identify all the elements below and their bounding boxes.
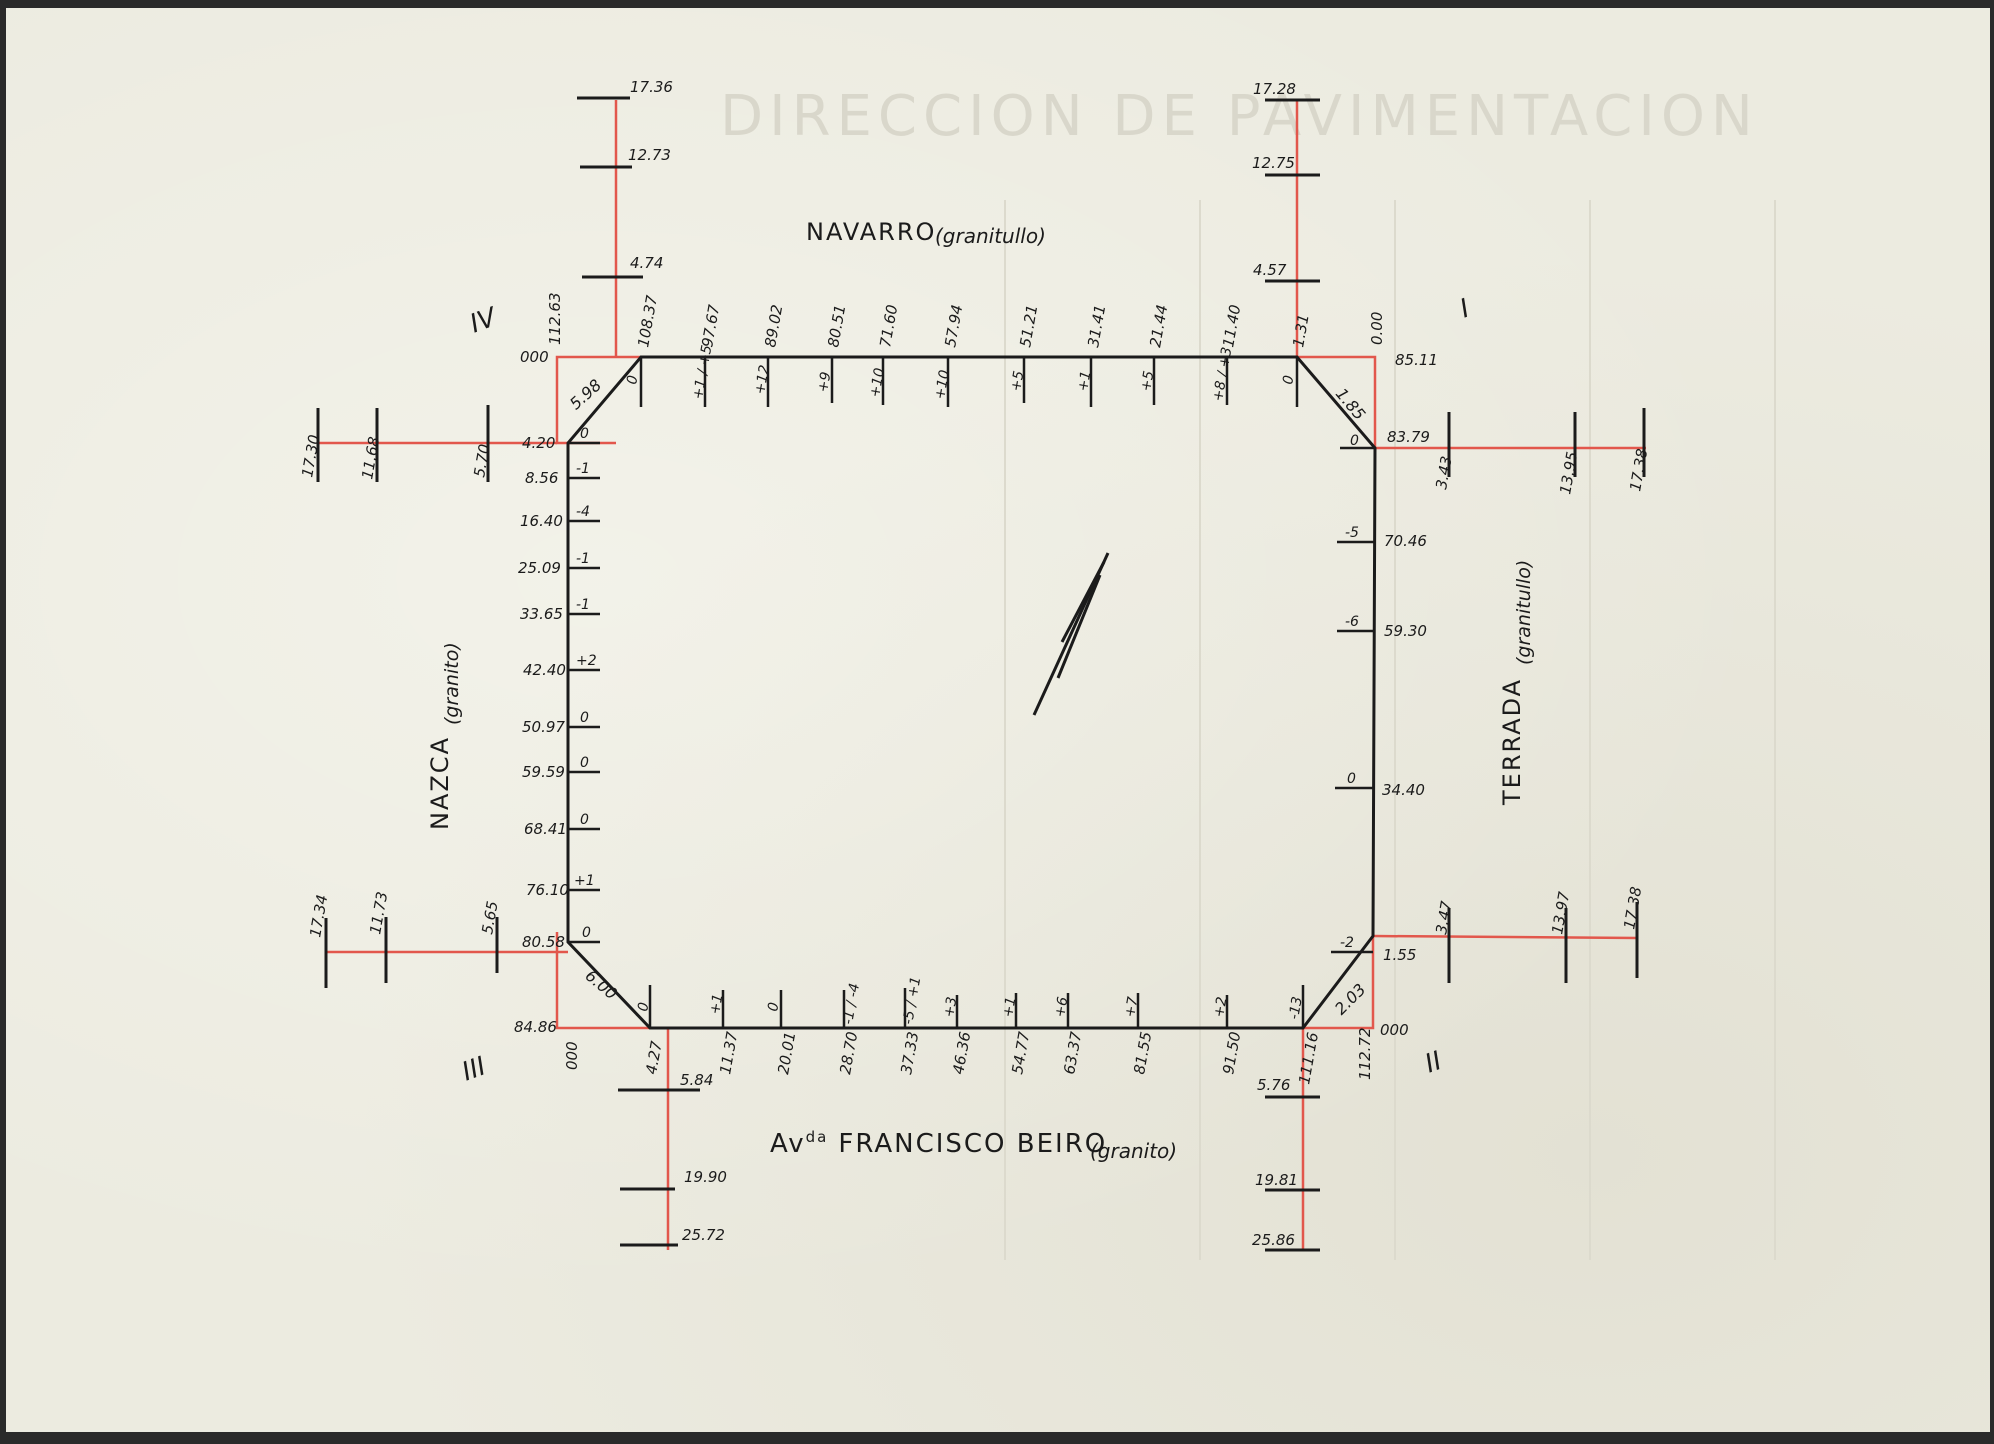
svg-text:76.10: 76.10 (526, 881, 569, 899)
svg-text:IV: IV (466, 302, 502, 340)
svg-text:1.31: 1.31 (1289, 313, 1313, 349)
svg-text:17.30: 17.30 (298, 433, 323, 478)
north-arrow-icon (1034, 553, 1108, 715)
svg-text:AvdaFRANCISCO BEIRO: AvdaFRANCISCO BEIRO (770, 1128, 1107, 1159)
svg-text:3.47: 3.47 (1432, 899, 1456, 935)
svg-text:11.37: 11.37 (716, 1030, 741, 1076)
svg-text:(granitullo): (granitullo) (935, 224, 1046, 248)
corner-labels: I II III IV (458, 294, 1473, 1088)
svg-text:63.37: 63.37 (1060, 1030, 1085, 1076)
svg-text:(granito): (granito) (441, 642, 463, 725)
svg-text:17.38: 17.38 (1626, 447, 1651, 492)
svg-text:12.73: 12.73 (628, 146, 671, 164)
svg-text:11.73: 11.73 (366, 890, 391, 935)
svg-text:8.56: 8.56 (525, 469, 558, 487)
svg-text:-1: -1 (576, 461, 590, 477)
svg-text:112.72: 112.72 (1356, 1028, 1374, 1081)
svg-text:-4: -4 (576, 504, 590, 520)
svg-text:83.79: 83.79 (1387, 428, 1430, 446)
svg-text:(granitullo): (granitullo) (1513, 560, 1535, 665)
east-side-levels: 0 -5 -6 0 -2 (1340, 433, 1359, 951)
svg-text:13.97: 13.97 (1548, 890, 1573, 936)
svg-text:+1 / +5: +1 / +5 (690, 344, 715, 401)
svg-text:4.27: 4.27 (642, 1039, 666, 1075)
south-side-ticks (650, 985, 1303, 1028)
svg-text:0.00: 0.00 (1368, 312, 1386, 345)
street-east: TERRADA (granitullo) (1498, 560, 1535, 806)
chamfer-labels: 5.98 1.85 6.00 2.03 (566, 375, 1370, 1018)
svg-text:34.40: 34.40 (1382, 781, 1425, 799)
svg-text:0: 0 (580, 812, 589, 828)
svg-text:0: 0 (1347, 771, 1356, 787)
svg-text:5.76: 5.76 (1257, 1076, 1290, 1094)
svg-text:3.43: 3.43 (1432, 455, 1456, 491)
svg-text:111.16: 111.16 (1295, 1031, 1322, 1086)
svg-text:16.40: 16.40 (520, 512, 563, 530)
svg-text:17.36: 17.36 (630, 78, 673, 96)
svg-text:+10: +10 (867, 367, 888, 399)
svg-text:4.74: 4.74 (630, 254, 663, 272)
svg-text:112.63: 112.63 (546, 293, 564, 346)
paper-rule-lines (1005, 200, 1775, 1260)
block-outline (568, 357, 1375, 1028)
svg-text:-1: -1 (576, 551, 590, 567)
svg-text:(granito): (granito) (1090, 1139, 1177, 1163)
svg-text:57.94: 57.94 (941, 303, 966, 348)
street-north: NAVARRO (granitullo) (806, 218, 1046, 248)
svg-text:19.81: 19.81 (1255, 1171, 1298, 1189)
svg-text:28.70: 28.70 (836, 1030, 861, 1075)
svg-text:0: 0 (580, 755, 589, 771)
svg-text:70.46: 70.46 (1384, 532, 1427, 550)
corner-values: 0.00 85.11 000 112.72 000 84.86 000 112.… (514, 293, 1438, 1081)
east-side-ticks (1331, 448, 1375, 952)
svg-text:50.97: 50.97 (522, 718, 565, 736)
svg-text:42.40: 42.40 (523, 661, 566, 679)
svg-text:NAVARRO: NAVARRO (806, 218, 936, 246)
offset-bars (318, 98, 1644, 1250)
svg-text:59.59: 59.59 (522, 763, 565, 781)
svg-text:4.20: 4.20 (522, 434, 555, 452)
svg-text:I: I (1456, 294, 1473, 325)
svg-text:+1: +1 (574, 873, 595, 889)
svg-text:-5: -5 (1345, 525, 1359, 541)
svg-text:0: 0 (624, 374, 641, 386)
svg-text:6.00: 6.00 (582, 966, 622, 1003)
svg-text:II: II (1421, 1046, 1446, 1079)
north-side-ticks (641, 357, 1297, 407)
svg-text:51.21: 51.21 (1016, 303, 1041, 348)
svg-text:59.30: 59.30 (1384, 622, 1427, 640)
svg-text:37.33: 37.33 (897, 1030, 922, 1075)
svg-text:NAZCA: NAZCA (426, 736, 454, 830)
svg-text:11.40: 11.40 (1219, 303, 1244, 348)
offset-values: 4.74 12.73 17.36 4.57 12.75 17.28 5.70 1… (298, 78, 1651, 1249)
svg-text:17.38: 17.38 (1620, 885, 1645, 930)
svg-text:21.44: 21.44 (1146, 303, 1171, 348)
svg-text:+2: +2 (576, 653, 597, 669)
svg-text:17.34: 17.34 (306, 893, 331, 938)
svg-text:97.67: 97.67 (698, 303, 723, 349)
svg-text:81.55: 81.55 (1130, 1030, 1155, 1075)
svg-text:25.86: 25.86 (1252, 1231, 1295, 1249)
svg-text:TERRADA: TERRADA (1498, 678, 1526, 806)
svg-text:68.41: 68.41 (524, 820, 567, 838)
svg-text:0: 0 (582, 925, 591, 941)
north-side-labels: 108.37 97.67 89.02 80.51 71.60 57.94 51.… (634, 293, 1313, 348)
svg-text:25.72: 25.72 (682, 1226, 725, 1244)
svg-text:+8 / +3: +8 / +3 (1210, 346, 1235, 403)
svg-text:25.09: 25.09 (518, 559, 561, 577)
west-side-levels: 0 -1 -4 -1 -1 +2 0 0 0 +1 0 (574, 426, 597, 941)
svg-text:0: 0 (580, 426, 589, 442)
svg-text:17.28: 17.28 (1253, 80, 1296, 98)
svg-text:71.60: 71.60 (876, 303, 901, 348)
south-side-labels: 4.27 11.37 20.01 28.70 37.33 46.36 54.77… (642, 1030, 1322, 1086)
svg-text:4.57: 4.57 (1253, 261, 1287, 279)
svg-text:000: 000 (520, 348, 549, 366)
svg-text:13.95: 13.95 (1556, 450, 1581, 495)
svg-text:-6: -6 (1345, 614, 1359, 630)
svg-text:84.86: 84.86 (514, 1018, 557, 1036)
svg-text:54.77: 54.77 (1008, 1030, 1033, 1076)
svg-text:91.50: 91.50 (1219, 1030, 1244, 1075)
street-west: NAZCA (granito) (426, 642, 463, 830)
red-reference-lines (318, 100, 1646, 1250)
svg-text:5.84: 5.84 (680, 1071, 713, 1089)
svg-text:108.37: 108.37 (634, 293, 661, 348)
svg-text:0: 0 (580, 710, 589, 726)
svg-text:31.41: 31.41 (1084, 303, 1109, 348)
svg-text:46.36: 46.36 (949, 1030, 974, 1075)
svg-text:-2: -2 (1340, 935, 1354, 951)
svg-text:33.65: 33.65 (520, 605, 563, 623)
svg-text:19.90: 19.90 (684, 1168, 727, 1186)
svg-text:III: III (458, 1051, 490, 1087)
svg-text:1.55: 1.55 (1383, 946, 1416, 964)
survey-sheet: DIRECCION DE PAVIMENTACION (0, 0, 1994, 1444)
west-side-labels: 4.20 8.56 16.40 25.09 33.65 42.40 50.97 … (518, 434, 569, 951)
svg-text:+10: +10 (932, 369, 953, 401)
svg-text:89.02: 89.02 (761, 303, 786, 348)
block-survey-diagram: DIRECCION DE PAVIMENTACION (0, 0, 1994, 1444)
svg-text:5.70: 5.70 (470, 443, 494, 479)
svg-text:20.01: 20.01 (774, 1030, 799, 1075)
svg-text:000: 000 (1380, 1021, 1409, 1039)
svg-text:-1: -1 (576, 597, 590, 613)
north-side-levels: 0 +1 / +5 +12 +9 +10 +10 +5 +1 +5 +8 / +… (624, 344, 1297, 403)
svg-text:+12: +12 (752, 364, 773, 396)
svg-text:80.51: 80.51 (824, 303, 849, 348)
street-south: AvdaFRANCISCO BEIRO (granito) (770, 1128, 1177, 1163)
svg-text:-1 / -4: -1 / -4 (840, 982, 863, 1026)
svg-text:-5 / +1: -5 / +1 (900, 975, 924, 1025)
svg-text:0: 0 (1280, 374, 1297, 386)
svg-text:000: 000 (563, 1041, 581, 1070)
ghost-header: DIRECCION DE PAVIMENTACION (720, 84, 1759, 149)
svg-text:12.75: 12.75 (1252, 154, 1295, 172)
svg-text:0: 0 (1350, 433, 1359, 449)
east-side-labels: 83.79 70.46 59.30 34.40 1.55 (1382, 428, 1430, 964)
south-side-levels: 0 +1 0 -1 / -4 -5 / +1 +3 +1 +6 +7 +2 -1… (635, 975, 1306, 1025)
svg-text:85.11: 85.11 (1395, 351, 1438, 369)
svg-text:80.58: 80.58 (522, 933, 565, 951)
